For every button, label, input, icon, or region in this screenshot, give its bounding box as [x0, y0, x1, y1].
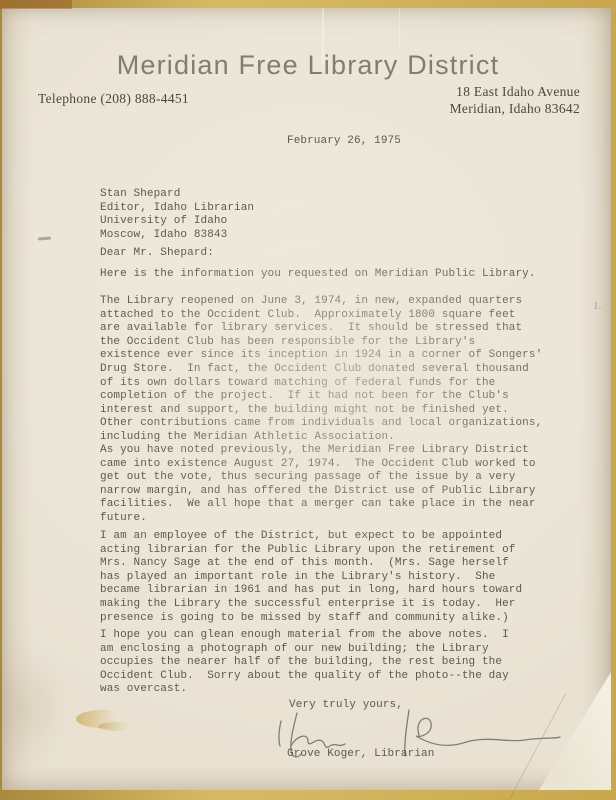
letterhead-telephone: Telephone (208) 888-4451: [38, 91, 189, 107]
salutation: Dear Mr. Shepard:: [100, 247, 214, 261]
yellow-stain: [98, 722, 138, 731]
body-paragraph-4: I hope you can glean enough material fro…: [100, 629, 509, 697]
scanned-letter-page: Meridian Free Library District Telephone…: [0, 0, 616, 800]
signature-handwriting: [266, 708, 568, 772]
intro-line: Here is the information you requested on…: [100, 268, 536, 282]
body-paragraph-2: As you have noted previously, the Meridi…: [100, 444, 536, 526]
letterhead-title: Meridian Free Library District: [0, 50, 616, 81]
stain-top-left: [0, 0, 72, 9]
pencil-margin-note: 1.: [593, 300, 601, 312]
typed-signature-name: Grove Koger, Librarian: [287, 748, 434, 762]
letterhead-address: 18 East Idaho Avenue Meridian, Idaho 836…: [450, 84, 580, 117]
letter-date: February 26, 1975: [287, 135, 401, 149]
body-paragraph-1: The Library reopened on June 3, 1974, in…: [100, 295, 542, 445]
recipient-address: Stan Shepard Editor, Idaho Librarian Uni…: [100, 188, 254, 242]
body-paragraph-3: I am an employee of the District, but ex…: [100, 530, 522, 625]
paper-streak: [399, 8, 400, 50]
